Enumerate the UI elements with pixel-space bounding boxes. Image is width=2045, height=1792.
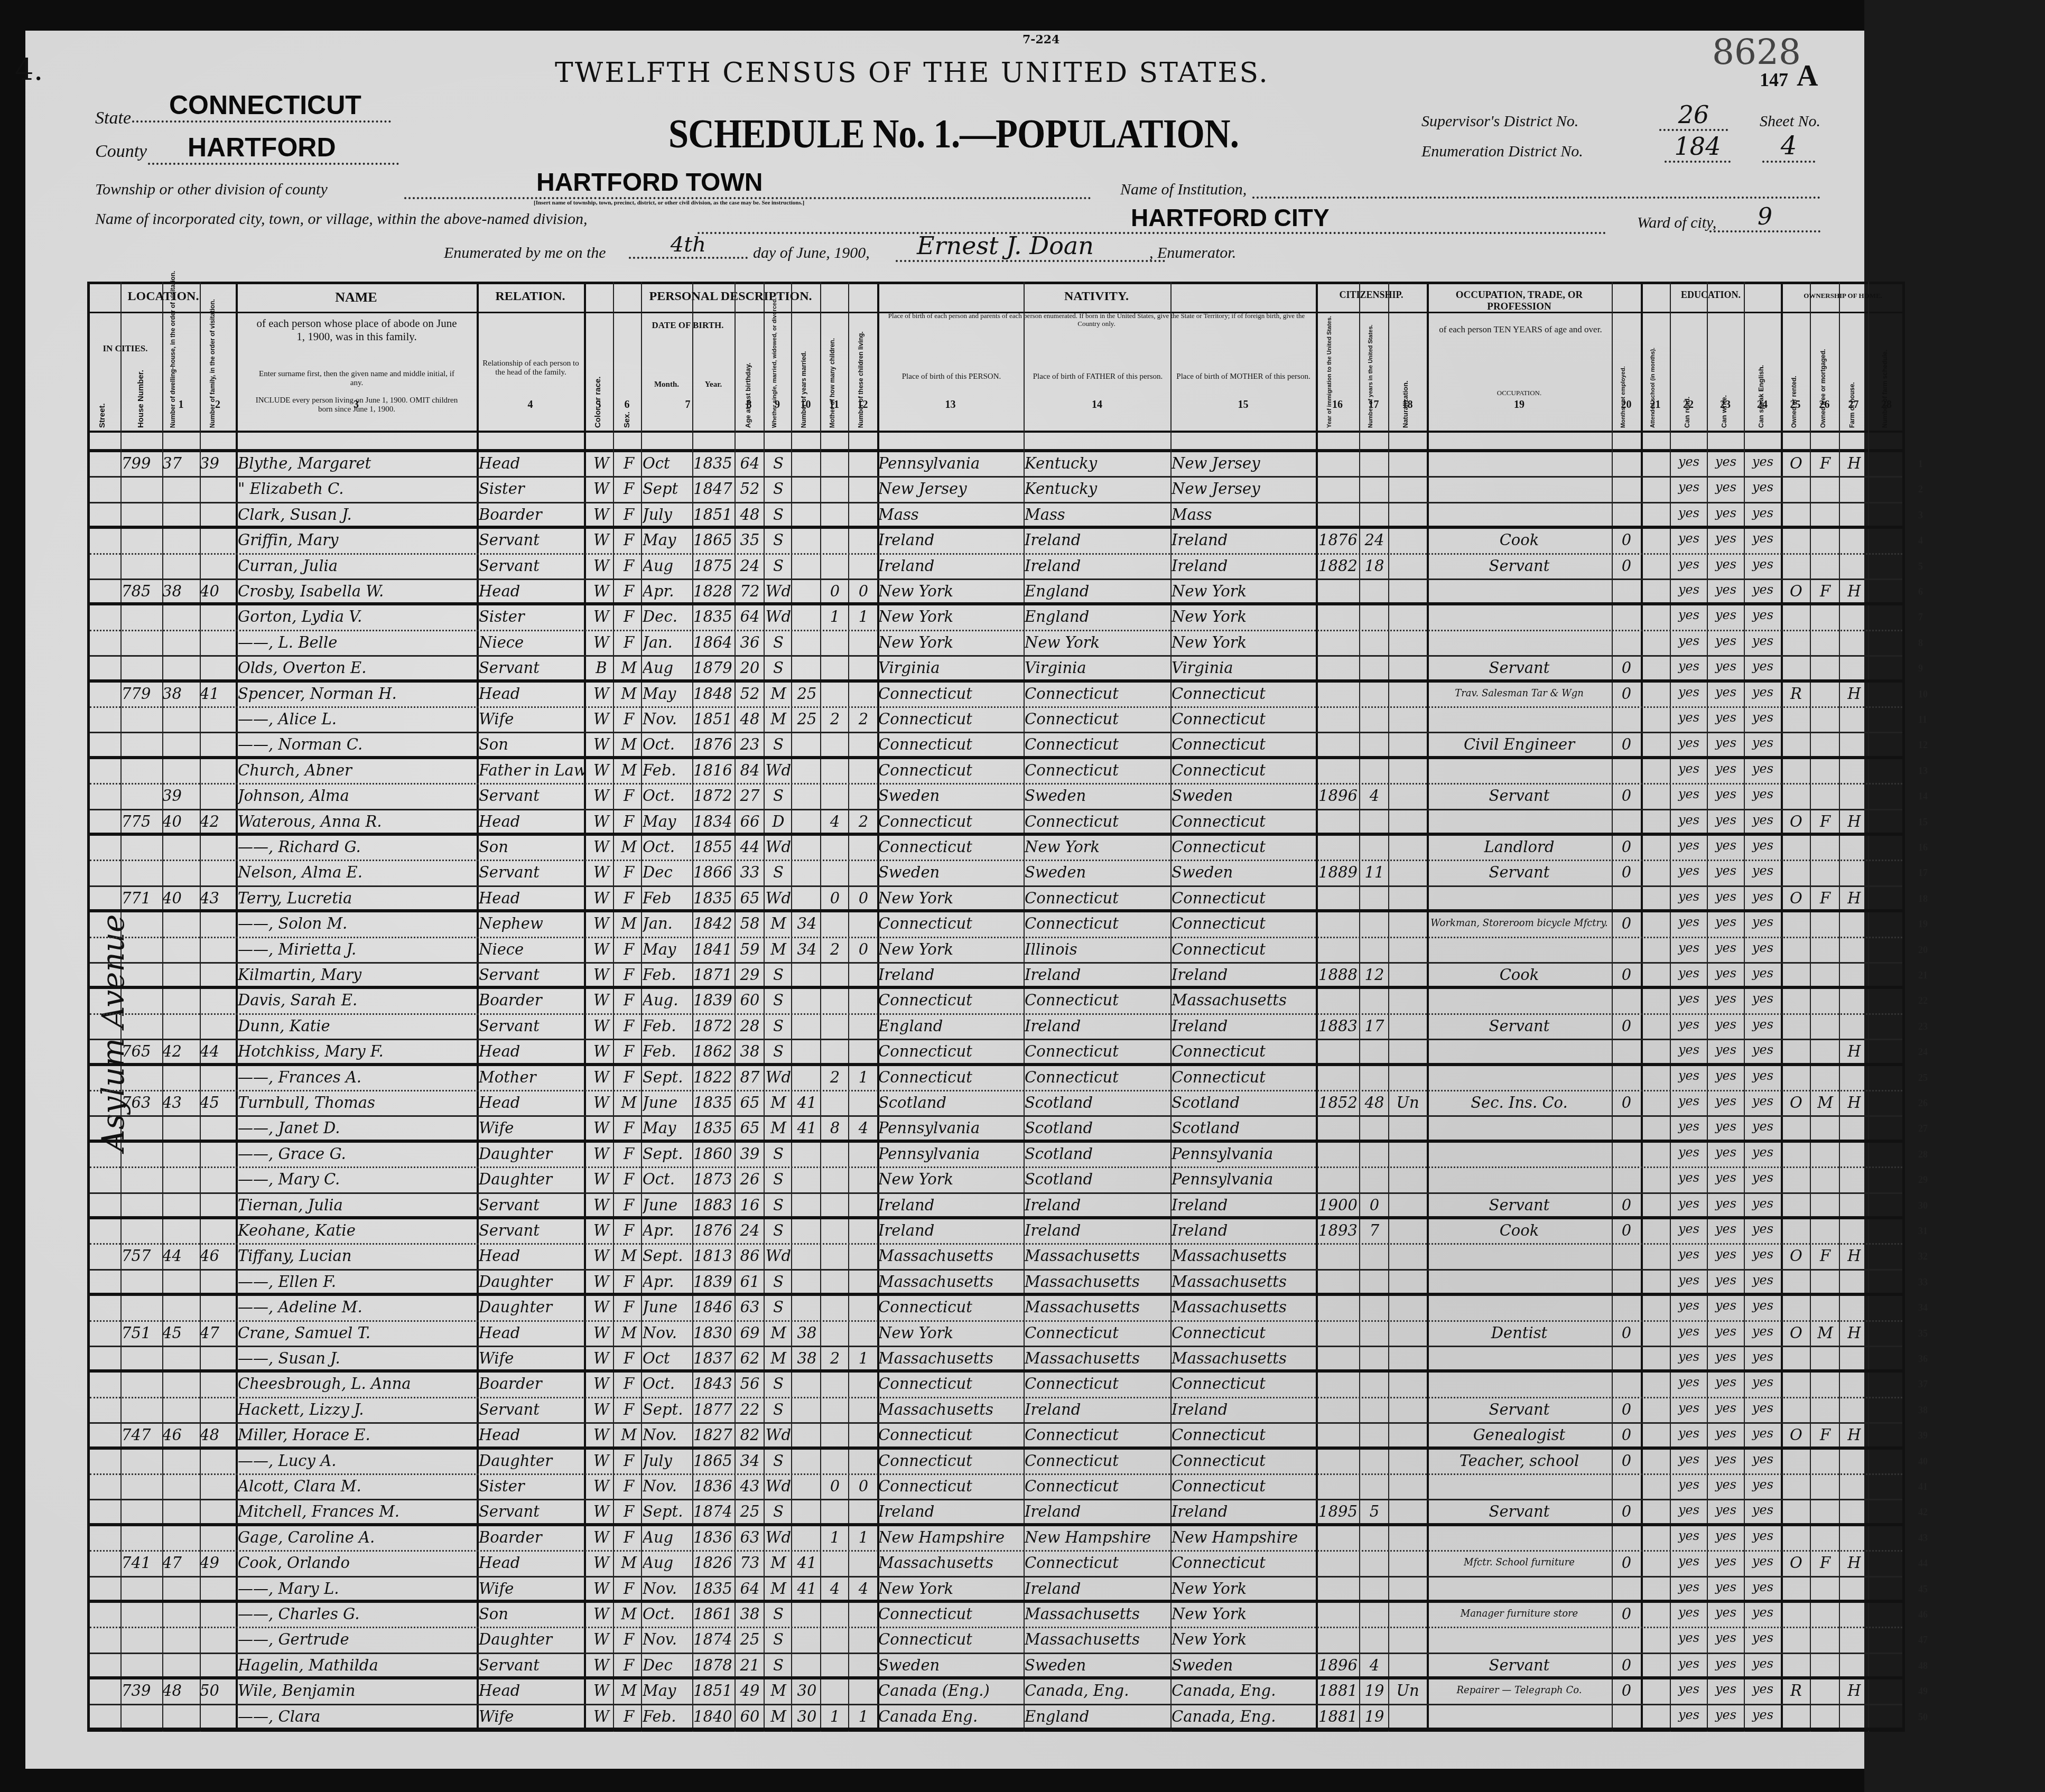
person-name: Davis, Sarah E. [238, 991, 477, 1009]
birthplace-person: Ireland [878, 531, 1024, 549]
relation: Nephew [479, 914, 584, 932]
color-race: W [588, 761, 615, 779]
line-number: 12 [1918, 740, 1928, 751]
marital-status: D [765, 813, 792, 830]
family-number: 39 [200, 454, 236, 472]
relation: Sister [479, 1477, 584, 1495]
can-write: yes [1708, 889, 1744, 904]
birthplace-person: Massachusetts [878, 1247, 1024, 1265]
birth-year: 1835 [693, 889, 735, 907]
header-years-married: Number of years married. [800, 317, 807, 428]
enumerated-day: 4th [629, 232, 748, 259]
age: 64 [736, 1580, 764, 1598]
birth-month: Aug [643, 1528, 692, 1546]
schedule-title: SCHEDULE No. 1.—POPULATION. [668, 110, 1239, 157]
column-number: 17 [1359, 399, 1388, 411]
birthplace-mother: New York [1172, 1580, 1315, 1598]
birthplace-father: Sweden [1025, 1656, 1170, 1674]
line-number: 2 [1918, 484, 1923, 495]
color-race: W [588, 735, 615, 753]
speak-english: yes [1745, 608, 1781, 622]
name-instruction: Enter surname first, then the given name… [254, 370, 460, 388]
column-number: 23 [1707, 399, 1744, 411]
age: 87 [736, 1068, 764, 1086]
birthplace-person: Mass [878, 506, 1024, 524]
age: 39 [736, 1145, 764, 1163]
birth-year: 1871 [693, 966, 735, 984]
can-read: yes [1671, 991, 1707, 1006]
header-in-cities: IN CITIES. [91, 343, 160, 354]
birthplace-mother: Connecticut [1172, 735, 1315, 753]
free-mortgaged: M [1811, 1324, 1839, 1342]
can-write: yes [1708, 1094, 1744, 1108]
table-row: ——, Grace G.DaughterWFSept.186039SPennsy… [90, 1143, 1902, 1168]
line-number: 35 [1918, 1328, 1928, 1339]
marital-status: S [765, 1375, 792, 1393]
can-read: yes [1671, 863, 1707, 878]
years-in-us: 17 [1360, 1017, 1389, 1035]
birthplace-person: Massachusetts [878, 1554, 1024, 1572]
header-naturalization: Naturalization. [1401, 349, 1409, 428]
birthplace-person: New Jersey [878, 480, 1024, 498]
table-row: ——, GertrudeDaughterWFNov.187425SConnect… [90, 1628, 1902, 1654]
table-row: 7394850Wile, BenjaminHeadWMMay185149M30C… [90, 1679, 1902, 1705]
free-mortgaged: F [1811, 813, 1839, 830]
age: 86 [736, 1247, 764, 1265]
birthplace-person: Massachusetts [878, 1349, 1024, 1367]
person-name: ——, Janet D. [238, 1119, 477, 1137]
age: 73 [736, 1554, 764, 1572]
dwelling-number: 43 [162, 1094, 199, 1112]
speak-english: yes [1745, 761, 1781, 776]
person-name: Blythe, Margaret [238, 454, 477, 472]
birth-month: Nov. [643, 1580, 692, 1598]
relation: Head [479, 1094, 584, 1112]
years-married: 25 [793, 685, 821, 703]
relation: Servant [479, 1656, 584, 1674]
color-race: W [588, 1349, 615, 1367]
can-write: yes [1708, 1707, 1744, 1722]
children-living: 1 [849, 1068, 878, 1086]
occupation: Servant [1428, 659, 1611, 677]
color-race: W [588, 889, 615, 907]
can-read: yes [1671, 735, 1707, 750]
person-name: Terry, Lucretia [238, 889, 477, 907]
ward-value: 9 [1709, 203, 1820, 232]
speak-english: yes [1745, 454, 1781, 469]
children-living: 2 [849, 710, 878, 728]
township-label: Township or other division of county [95, 181, 328, 199]
can-read: yes [1671, 1349, 1707, 1364]
relation: Boarder [479, 1528, 584, 1546]
birthplace-father: Kentucky [1025, 480, 1170, 498]
person-name: Mitchell, Frances M. [238, 1502, 477, 1520]
speak-english: yes [1745, 966, 1781, 981]
color-race: W [588, 966, 615, 984]
table-row: ——, Charles G.SonWMOct.186138SConnecticu… [90, 1603, 1902, 1628]
relation: Head [479, 1042, 584, 1060]
sex: F [616, 454, 642, 472]
relation: Boarder [479, 1375, 584, 1393]
table-row: Hackett, Lizzy J.ServantWFSept.187722SMa… [90, 1398, 1902, 1424]
header-farm-house: Farm or house. [1848, 359, 1856, 428]
birth-year: 1851 [693, 1682, 735, 1700]
person-name: Curran, Julia [238, 557, 477, 575]
column-number: 15 [1170, 399, 1316, 411]
marital-status: S [765, 480, 792, 498]
table-row: 7714043Terry, LucretiaHeadWFFeb183565Wd0… [90, 887, 1902, 912]
age: 65 [736, 1094, 764, 1112]
family-number: 40 [200, 582, 236, 600]
birthplace-person: New York [878, 608, 1024, 626]
owned-rented: R [1782, 685, 1810, 703]
table-row: ——, Norman C.SonWMOct.187623SConnecticut… [90, 733, 1902, 759]
birth-year: 1860 [693, 1145, 735, 1163]
relation: Servant [479, 863, 584, 881]
immigration-year: 1881 [1317, 1707, 1359, 1725]
relation: Boarder [479, 506, 584, 524]
sex: F [616, 531, 642, 549]
mother-of-children: 0 [821, 1477, 849, 1495]
immigration-year: 1895 [1317, 1502, 1359, 1520]
table-row: Dunn, KatieServantWFFeb.187228SEnglandIr… [90, 1015, 1902, 1040]
years-in-us: 48 [1360, 1094, 1389, 1112]
birthplace-mother: Ireland [1172, 1196, 1315, 1214]
line-number: 43 [1918, 1533, 1928, 1544]
marital-status: M [765, 1707, 792, 1725]
name-description: of each person whose place of abode on J… [254, 317, 460, 343]
relation: Servant [479, 787, 584, 805]
marital-status: Wd [765, 1426, 792, 1444]
marital-status: Wd [765, 1247, 792, 1265]
birth-month: May [643, 813, 692, 830]
header-birthplace-father: Place of birth of FATHER of this person. [1028, 372, 1168, 381]
can-read: yes [1671, 787, 1707, 801]
birthplace-father: Massachusetts [1025, 1273, 1170, 1291]
age: 48 [736, 506, 764, 524]
can-read: yes [1671, 1605, 1707, 1620]
nativity-description: Place of birth of each person and parent… [885, 312, 1308, 328]
birth-month: Sept. [643, 1145, 692, 1163]
family-number: 47 [200, 1324, 236, 1342]
relation: Head [479, 813, 584, 830]
relation: Boarder [479, 991, 584, 1009]
birthplace-person: Canada Eng. [878, 1707, 1024, 1725]
person-name: Hackett, Lizzy J. [238, 1401, 477, 1418]
birthplace-father: Ireland [1025, 1017, 1170, 1035]
birth-month: Feb. [643, 1042, 692, 1060]
can-write: yes [1708, 1298, 1744, 1313]
birthplace-father: New York [1025, 838, 1170, 856]
marital-status: M [765, 914, 792, 932]
column-number: 5 [584, 399, 613, 411]
line-number: 10 [1918, 689, 1928, 700]
birth-month: Oct. [643, 1605, 692, 1623]
line-number: 22 [1918, 995, 1928, 1006]
birth-month: Sept [643, 480, 692, 498]
birthplace-mother: Connecticut [1172, 940, 1315, 958]
column-number: 14 [1024, 399, 1170, 411]
marital-status: S [765, 1221, 792, 1239]
county-value: HARTFORD [148, 132, 399, 165]
table-row: ——, Richard G.SonWMOct.185544WdConnectic… [90, 836, 1902, 861]
person-name: ——, Mirietta J. [238, 940, 477, 958]
can-write: yes [1708, 940, 1744, 955]
line-number: 36 [1918, 1354, 1928, 1365]
header-family-number: Number of family, in the order of visita… [209, 317, 216, 428]
birthplace-father: Massachusetts [1025, 1349, 1170, 1367]
birthplace-mother: Mass [1172, 506, 1315, 524]
relation: Servant [479, 966, 584, 984]
speak-english: yes [1745, 813, 1781, 827]
age: 69 [736, 1324, 764, 1342]
birthplace-mother: New Hampshire [1172, 1528, 1315, 1546]
birthplace-father: Connecticut [1025, 1554, 1170, 1572]
header-education: EDUCATION. [1641, 290, 1781, 301]
page-suffix: A [1797, 59, 1818, 93]
birthplace-mother: Massachusetts [1172, 1298, 1315, 1316]
marital-status: M [765, 1324, 792, 1342]
relation: Mother [479, 1068, 584, 1086]
marital-status: S [765, 633, 792, 651]
children-living: 0 [849, 940, 878, 958]
marital-status: S [765, 1401, 792, 1418]
speak-english: yes [1745, 1170, 1781, 1185]
birthplace-father: New York [1025, 633, 1170, 651]
person-name: ——, Lucy A. [238, 1452, 477, 1470]
color-race: W [588, 1196, 615, 1214]
birthplace-person: Canada (Eng.) [878, 1682, 1024, 1700]
speak-english: yes [1745, 1502, 1781, 1517]
sex: F [616, 1170, 642, 1188]
birth-year: 1876 [693, 735, 735, 753]
children-living: 0 [849, 582, 878, 600]
birthplace-father: Scotland [1025, 1170, 1170, 1188]
age: 22 [736, 1401, 764, 1418]
birthplace-mother: Massachusetts [1172, 1349, 1315, 1367]
birthplace-person: Connecticut [878, 1298, 1024, 1316]
marital-status: S [765, 1145, 792, 1163]
birthplace-father: Ireland [1025, 1502, 1170, 1520]
years-married: 25 [793, 710, 821, 728]
speak-english: yes [1745, 1221, 1781, 1236]
years-married: 41 [793, 1554, 821, 1572]
can-read: yes [1671, 531, 1707, 546]
sex: F [616, 1580, 642, 1598]
marital-status: M [765, 1094, 792, 1112]
color-race: W [588, 1554, 615, 1572]
birthplace-person: Ireland [878, 1221, 1024, 1239]
can-read: yes [1671, 838, 1707, 853]
birthplace-father: Massachusetts [1025, 1298, 1170, 1316]
months-unemployed: 0 [1613, 966, 1640, 984]
birthplace-person: New York [878, 940, 1024, 958]
marital-status: M [765, 685, 792, 703]
sex: F [616, 1017, 642, 1035]
birthplace-person: Connecticut [878, 710, 1024, 728]
years-married: 41 [793, 1119, 821, 1137]
person-name: ——, Adeline M. [238, 1298, 477, 1316]
marital-status: M [765, 1580, 792, 1598]
mother-of-children: 0 [821, 582, 849, 600]
marital-status: S [765, 557, 792, 575]
speak-english: yes [1745, 1528, 1781, 1543]
birth-year: 1841 [693, 940, 735, 958]
can-read: yes [1671, 1196, 1707, 1211]
color-race: W [588, 480, 615, 498]
birthplace-father: Connecticut [1025, 1477, 1170, 1495]
sex: F [616, 1375, 642, 1393]
can-read: yes [1671, 506, 1707, 520]
naturalization: Un [1389, 1682, 1426, 1700]
years-married: 30 [793, 1707, 821, 1725]
years-married: 38 [793, 1349, 821, 1367]
birth-year: 1847 [693, 480, 735, 498]
birthplace-father: Ireland [1025, 966, 1170, 984]
speak-english: yes [1745, 1375, 1781, 1389]
supervisor-district-value: 26 [1659, 100, 1728, 131]
birthplace-mother: Ireland [1172, 1502, 1315, 1520]
color-race: W [588, 1221, 615, 1239]
table-row: 7574446Tiffany, LucianHeadWMSept.181386W… [90, 1245, 1902, 1270]
color-race: W [588, 991, 615, 1009]
sex: M [616, 735, 642, 753]
header-street: Street. [98, 370, 107, 428]
enumeration-district-value: 184 [1665, 132, 1731, 163]
birthplace-person: Ireland [878, 966, 1024, 984]
months-unemployed: 0 [1613, 914, 1640, 932]
header-marital: Whether single, married, widowed, or div… [771, 317, 778, 428]
birthplace-person: New York [878, 1580, 1024, 1598]
archive-number: 8628 [1712, 32, 1801, 72]
relation: Head [479, 454, 584, 472]
birthplace-mother: Connecticut [1172, 685, 1315, 703]
birthplace-person: Connecticut [878, 1375, 1024, 1393]
dwelling-number: 38 [162, 582, 199, 600]
birth-month: May [643, 1119, 692, 1137]
children-living: 1 [849, 1707, 878, 1725]
birth-year: 1872 [693, 787, 735, 805]
occupation: Servant [1428, 787, 1611, 805]
occupation: Workman, Storeroom bicycle Mfctry. [1428, 918, 1611, 929]
birthplace-person: New York [878, 1324, 1024, 1342]
birth-month: June [643, 1196, 692, 1214]
line-number: 3 [1918, 510, 1923, 521]
birth-month: July [643, 506, 692, 524]
line-number: 16 [1918, 842, 1928, 853]
sex: F [616, 863, 642, 881]
birthplace-father: Connecticut [1025, 1042, 1170, 1060]
farm-house: H [1840, 1426, 1869, 1444]
age: 61 [736, 1273, 764, 1291]
birthplace-person: Connecticut [878, 1605, 1024, 1623]
birth-month: Feb. [643, 761, 692, 779]
relation: Sister [479, 608, 584, 626]
months-unemployed: 0 [1613, 685, 1640, 703]
color-race: W [588, 1682, 615, 1700]
speak-english: yes [1745, 889, 1781, 904]
occupation: Servant [1428, 1017, 1611, 1035]
relation: Daughter [479, 1452, 584, 1470]
age: 28 [736, 1017, 764, 1035]
header-birthplace-person: Place of birth of this PERSON. [881, 372, 1021, 381]
birthplace-father: Sweden [1025, 863, 1170, 881]
birthplace-person: Scotland [878, 1094, 1024, 1112]
speak-english: yes [1745, 1273, 1781, 1287]
occupation: Servant [1428, 1502, 1611, 1520]
age: 25 [736, 1502, 764, 1520]
speak-english: yes [1745, 685, 1781, 699]
can-read: yes [1671, 1221, 1707, 1236]
birth-month: Sept. [643, 1502, 692, 1520]
age: 63 [736, 1528, 764, 1546]
birth-month: June [643, 1094, 692, 1112]
relation: Wife [479, 1349, 584, 1367]
color-race: W [588, 1528, 615, 1546]
line-number: 37 [1918, 1379, 1928, 1390]
family-number: 46 [200, 1247, 236, 1265]
birthplace-father: Scotland [1025, 1094, 1170, 1112]
birthplace-father: Ireland [1025, 531, 1170, 549]
free-mortgaged: F [1811, 454, 1839, 472]
marital-status: Wd [765, 838, 792, 856]
color-race: W [588, 1042, 615, 1060]
birthplace-mother: Scotland [1172, 1119, 1315, 1137]
state-label: State [95, 108, 131, 128]
farm-house: H [1840, 1324, 1869, 1342]
line-number: 46 [1918, 1609, 1928, 1620]
color-race: W [588, 1324, 615, 1342]
months-unemployed: 0 [1613, 735, 1640, 753]
can-read: yes [1671, 940, 1707, 955]
can-write: yes [1708, 1068, 1744, 1083]
can-read: yes [1671, 761, 1707, 776]
years-in-us: 4 [1360, 787, 1389, 805]
table-row: ——, Alice L.WifeWFNov.185148M2522Connect… [90, 708, 1902, 733]
header-relation: RELATION. [477, 290, 584, 304]
dwelling-number: 39 [162, 787, 199, 805]
owned-rented: O [1782, 1324, 1810, 1342]
header-free-mortgaged: Owned free or mortgaged. [1819, 317, 1827, 428]
sex: F [616, 1145, 642, 1163]
birth-month: Feb. [643, 1017, 692, 1035]
header-occupation-column: OCCUPATION. [1429, 388, 1609, 397]
person-name: Cook, Orlando [238, 1554, 477, 1572]
age: 65 [736, 1119, 764, 1137]
mother-of-children: 4 [821, 813, 849, 830]
birthplace-father: Connecticut [1025, 685, 1170, 703]
speak-english: yes [1745, 506, 1781, 520]
marital-status: S [765, 1502, 792, 1520]
column-number: 24 [1744, 399, 1781, 411]
birth-year: 1875 [693, 557, 735, 575]
line-number: 45 [1918, 1584, 1928, 1595]
birthplace-mother: New Jersey [1172, 454, 1315, 472]
can-write: yes [1708, 838, 1744, 853]
birth-year: 1813 [693, 1247, 735, 1265]
can-write: yes [1708, 1349, 1744, 1364]
sex: F [616, 889, 642, 907]
years-in-us: 4 [1360, 1656, 1389, 1674]
line-number: 25 [1918, 1072, 1928, 1084]
table-row: Tiernan, JuliaServantWFJune188316SIrelan… [90, 1194, 1902, 1219]
column-number: 7 [641, 399, 735, 411]
color-race: W [588, 1426, 615, 1444]
birthplace-person: New York [878, 633, 1024, 651]
can-read: yes [1671, 710, 1707, 725]
birth-month: Sept. [643, 1247, 692, 1265]
can-read: yes [1671, 1528, 1707, 1543]
